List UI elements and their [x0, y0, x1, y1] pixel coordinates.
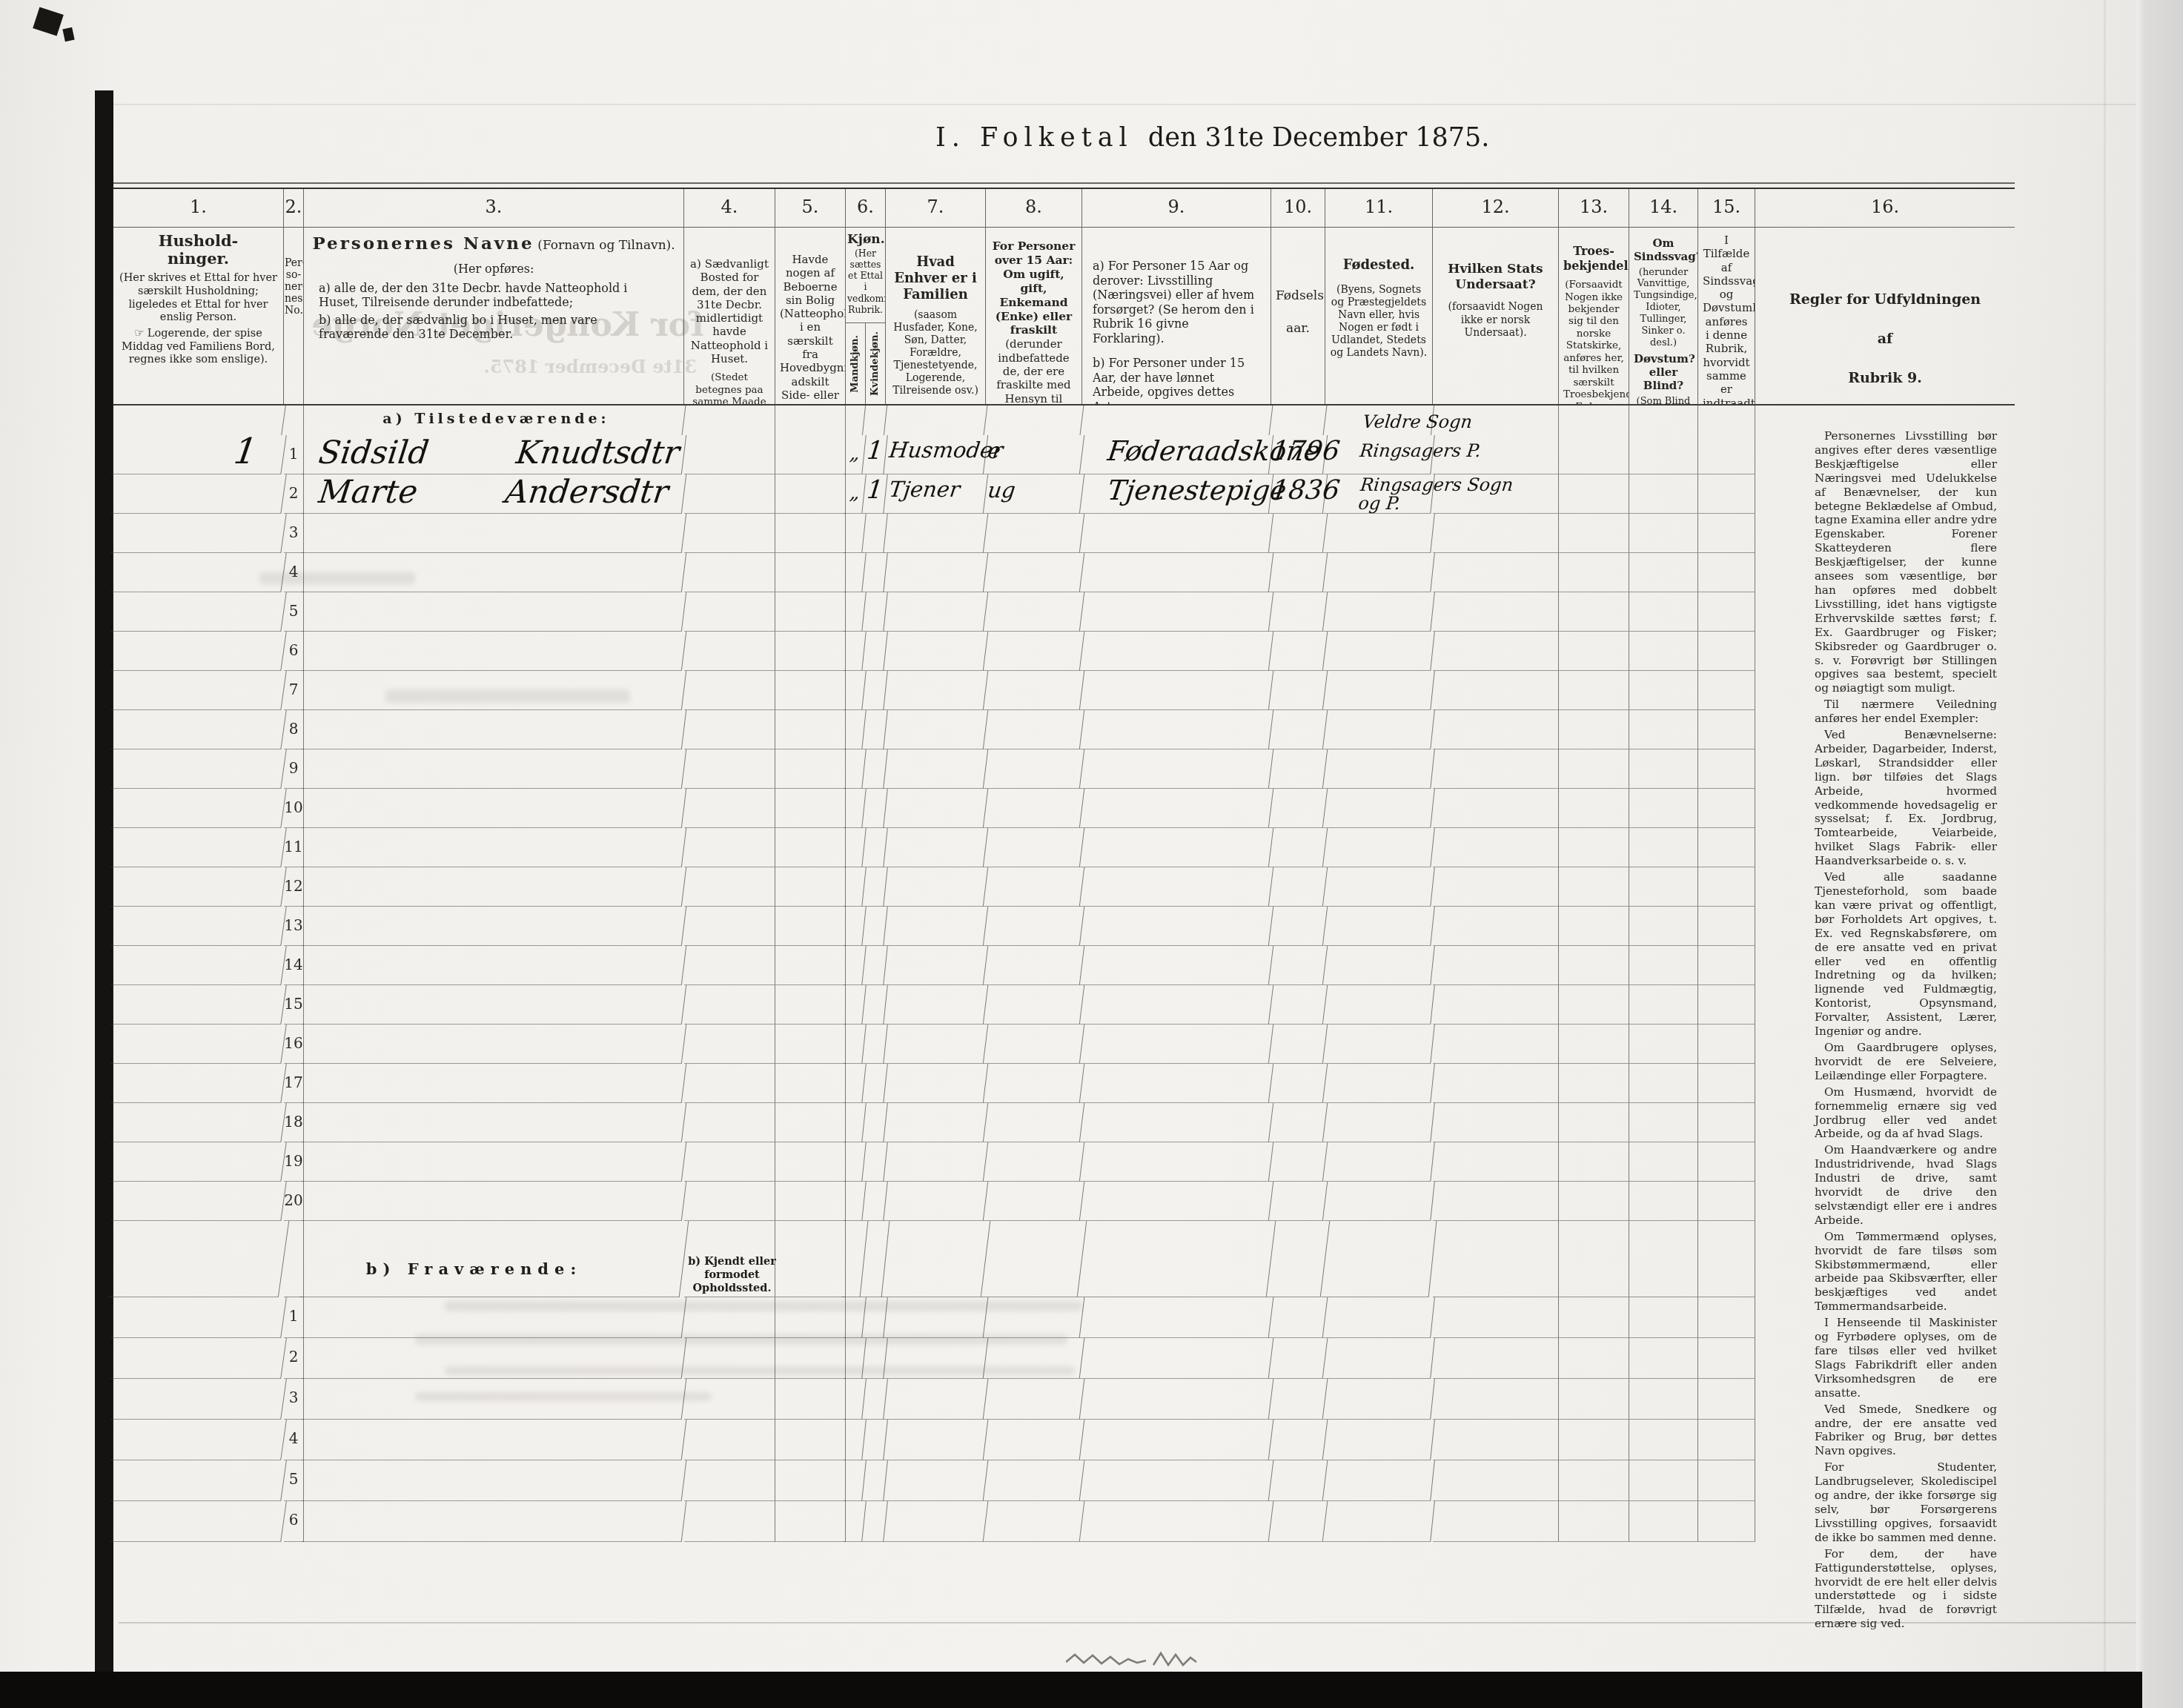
cell-occupation [1080, 789, 1274, 828]
cell-sidebygning [775, 1142, 846, 1182]
col-header-person-no: Per- so- ner- nes No. [284, 228, 304, 404]
cell-household [110, 789, 286, 828]
cell-family [884, 1460, 989, 1501]
cell-family [881, 1221, 991, 1297]
cell-stat [1433, 592, 1559, 632]
cell-female [863, 406, 887, 435]
cell-tilfaelde [1698, 592, 1755, 632]
cell-status: ug [984, 474, 1085, 514]
cell-status [984, 406, 1084, 435]
cell-bosted [684, 1103, 775, 1142]
cell-birthplace [1323, 1064, 1435, 1103]
cell-born [1269, 1297, 1328, 1338]
cell-sidebygning [775, 1297, 846, 1338]
cell-bosted [684, 946, 775, 985]
col-header-rules: Regler for Udfyldningen af Rubrik 9. [1755, 228, 2015, 404]
cell-name [302, 1501, 687, 1542]
table-row: 18 [113, 1103, 2015, 1142]
cell-sinds [1629, 474, 1698, 514]
col-number-9: 9. [1082, 189, 1271, 228]
cell-name [302, 828, 687, 867]
cell-occupation [1080, 1379, 1274, 1420]
cell-sidebygning [775, 553, 846, 592]
cell-status [984, 1025, 1085, 1064]
cell-occupation [1080, 632, 1274, 671]
cell-tilfaelde [1698, 867, 1755, 907]
cell-birthplace [1323, 592, 1435, 632]
cell-family: Husmoder [884, 435, 989, 474]
cell-household [110, 710, 286, 749]
cell-status [984, 671, 1085, 710]
cell-family [884, 828, 989, 867]
cell-household [110, 749, 286, 789]
cell-tilfaelde [1698, 710, 1755, 749]
cell-status [984, 867, 1085, 907]
cell-family [884, 406, 988, 435]
cell-tilfaelde [1698, 1338, 1755, 1379]
cell-birthplace [1323, 907, 1435, 946]
scan-edge-left [95, 90, 113, 1672]
cell-household [110, 867, 286, 907]
cell-birthplace: Ringsagers Sognog P. [1323, 474, 1435, 514]
cell-born [1269, 1460, 1328, 1501]
col-header-family-position: Hvad Enhver er i Familien (saasom Husfad… [886, 228, 986, 404]
cell-born [1269, 671, 1328, 710]
cell-no: 6 [284, 632, 304, 671]
cell-sinds [1629, 1064, 1698, 1103]
cell-sidebygning [775, 671, 846, 710]
cell-status [981, 1221, 1087, 1297]
cell-family [884, 671, 989, 710]
cell-household [110, 592, 286, 632]
page-title-date: den 31te December 1875. [1148, 123, 1490, 153]
cell-birthplace: Veldre SognRingsagers P. [1323, 435, 1435, 474]
rules-paragraph: For dem, der have Fattigunderstøttelse, … [1815, 1547, 1997, 1631]
cell-occupation [1080, 1338, 1274, 1379]
cell-status: e [984, 435, 1085, 474]
cell-sidebygning [775, 1379, 846, 1420]
cell-family [884, 1142, 989, 1182]
rules-paragraph: Om Husmænd, hvorvidt de fornemmelig ernæ… [1815, 1085, 1997, 1142]
cell-status [984, 789, 1085, 828]
cell-born [1269, 867, 1328, 907]
cell-tilfaelde [1698, 985, 1755, 1025]
cell-household [110, 985, 286, 1025]
cell-troes [1559, 1338, 1629, 1379]
col-number-2: 2. [284, 189, 304, 228]
cell-family [884, 1025, 989, 1064]
cell-no: 15 [284, 985, 304, 1025]
cell-household [110, 1460, 287, 1501]
rules-paragraph: Ved Smede, Snedkere og andre, der ere an… [1815, 1403, 1997, 1459]
col-header-male: Mandkjøn. [846, 323, 865, 404]
cell-sinds [1629, 1379, 1698, 1420]
cell-bosted [684, 1025, 775, 1064]
cell-household [110, 946, 286, 985]
cell-sinds [1629, 406, 1698, 435]
col-number-12: 12. [1433, 189, 1559, 228]
table-row: 5 [113, 592, 2015, 632]
cell-bosted [684, 1460, 775, 1501]
cell-stat [1433, 1025, 1559, 1064]
cell-sidebygning [775, 985, 846, 1025]
table-row: 4 [113, 1420, 2015, 1460]
cell-bosted [684, 907, 775, 946]
cell-occupation [1080, 907, 1274, 946]
cell-tilfaelde [1698, 671, 1755, 710]
cell-family [884, 907, 989, 946]
cell-born [1269, 1142, 1328, 1182]
cell-troes [1559, 749, 1629, 789]
cell-birthplace [1323, 553, 1435, 592]
cell-household [110, 474, 286, 514]
section-b-bar: b) Fraværende: b) Kjendt eller formodet … [113, 1221, 2015, 1297]
rows-present: 11Sidsild Knudtsdtr„1HusmodereFøderaadsk… [113, 435, 2015, 1221]
cell-stat [1433, 1297, 1559, 1338]
cell-family [884, 553, 989, 592]
cell-born [1269, 592, 1328, 632]
col-header-citizenship: Hvilken Stats Undersaat? (forsaavidt Nog… [1433, 228, 1559, 404]
cell-sinds [1629, 867, 1698, 907]
cell-sidebygning [775, 710, 846, 749]
cell-bosted [684, 867, 775, 907]
cell-family [884, 749, 989, 789]
cell-sinds [1629, 435, 1698, 474]
table-row: 5 [113, 1460, 2015, 1501]
cell-name [302, 1460, 687, 1501]
cell-household [110, 1379, 287, 1420]
table-row: 17 [113, 1064, 2015, 1103]
cell-bosted [684, 553, 775, 592]
cell-status [984, 828, 1085, 867]
cell-troes [1559, 907, 1629, 946]
cell-birthplace [1323, 1420, 1435, 1460]
cell-birthplace [1323, 749, 1435, 789]
cell-bosted [684, 592, 775, 632]
cell-tilfaelde [1698, 435, 1755, 474]
cell-sidebygning [775, 1501, 846, 1542]
cell-bosted [684, 1297, 775, 1338]
page-title-roman: I. Folketal [935, 123, 1133, 153]
cell-family [884, 789, 989, 828]
cell-family [884, 1501, 989, 1542]
cell-bosted [684, 1142, 775, 1182]
cell-occupation [1080, 671, 1274, 710]
cell-born [1269, 907, 1328, 946]
paper-crease [2104, 0, 2106, 1673]
cell-born [1269, 1420, 1328, 1460]
cell-birthplace [1323, 632, 1435, 671]
col-number-11: 11. [1325, 189, 1433, 228]
cell-sinds [1629, 710, 1698, 749]
cell-household [110, 632, 286, 671]
cell-family [884, 946, 989, 985]
cell-sidebygning [775, 1420, 846, 1460]
cell-stat [1433, 1460, 1559, 1501]
rules-paragraph: Ved Benævnelserne: Arbeider, Dagarbeider… [1815, 728, 1997, 868]
cell-birthplace [1323, 1142, 1435, 1182]
cell-sinds [1629, 1221, 1698, 1297]
cell-status [984, 1460, 1085, 1501]
cell-family [884, 710, 989, 749]
cell-no: 19 [284, 1142, 304, 1182]
table-header: 1. 2. 3. 4. 5. 6. 7. 8. 9. 10. 11. 12. 1… [113, 188, 2015, 406]
col-header-households: Hushold- ninger. (Her skrives et Ettal f… [113, 228, 284, 404]
cell-stat [1433, 789, 1559, 828]
census-table: 1. 2. 3. 4. 5. 6. 7. 8. 9. 10. 11. 12. 1… [113, 188, 2015, 1542]
col-number-3: 3. [304, 189, 684, 228]
cell-bosted [684, 435, 775, 474]
scan-page: for Kongeriget Norge 31te December 1875.… [0, 0, 2183, 1708]
cell-tilfaelde [1698, 1182, 1755, 1221]
rules-column-text: Personernes Livsstilling bør angives eft… [1815, 429, 1997, 1633]
cell-name [302, 1338, 687, 1379]
table-row: 20 [113, 1182, 2015, 1221]
cell-status [984, 1103, 1085, 1142]
cell-stat [1433, 946, 1559, 985]
table-row: 13 [113, 907, 2015, 946]
cell-name [302, 867, 687, 907]
cell-status [984, 1379, 1085, 1420]
cell-sidebygning [775, 1460, 846, 1501]
cell-household [110, 671, 286, 710]
col-number-15: 15. [1698, 189, 1755, 228]
cell-stat [1433, 749, 1559, 789]
cell-no: 1 [284, 1297, 304, 1338]
cell-no: 5 [284, 1460, 304, 1501]
cell-born [1270, 406, 1328, 435]
cell-sidebygning [775, 474, 846, 514]
cell-born [1269, 553, 1328, 592]
cell-occupation [1080, 1297, 1274, 1338]
cell-no: 10 [284, 789, 304, 828]
col-header-marital-status: For Personer over 15 Aar: Om ugift, gift… [986, 228, 1082, 404]
cell-troes [1559, 1064, 1629, 1103]
cell-birthplace [1323, 867, 1435, 907]
cell-household [110, 1025, 286, 1064]
rules-paragraph: Ved alle saadanne Tjenesteforhold, som b… [1815, 870, 1997, 1039]
cell-stat [1433, 1064, 1559, 1103]
cell-stat [1433, 907, 1559, 946]
col-number-4: 4. [684, 189, 775, 228]
cell-sidebygning [775, 435, 846, 474]
table-row: 15 [113, 985, 2015, 1025]
cell-bosted [684, 671, 775, 710]
table-row: 8 [113, 710, 2015, 749]
cell-bosted [684, 1379, 775, 1420]
col-number-10: 10. [1271, 189, 1325, 228]
table-row: 11 [113, 828, 2015, 867]
cell-bosted [684, 1182, 775, 1221]
cell-born [1269, 1103, 1328, 1142]
cell-family [884, 1103, 989, 1142]
cell-status [984, 1338, 1085, 1379]
cell-troes [1559, 1142, 1629, 1182]
cell-occupation [1080, 710, 1274, 749]
cell-occupation [1080, 592, 1274, 632]
cell-troes [1559, 1103, 1629, 1142]
cell-status [984, 985, 1085, 1025]
col-header-sex: Kjøn. (Her sættes et Ettal i vedkommende… [846, 228, 886, 404]
cell-stat [1433, 985, 1559, 1025]
cell-occupation [1080, 749, 1274, 789]
cell-sinds [1629, 1460, 1698, 1501]
cell-status [984, 514, 1085, 553]
cell-birthplace [1323, 1379, 1435, 1420]
cell-occupation [1080, 1182, 1274, 1221]
cell-sidebygning [775, 592, 846, 632]
cell-birthplace [1322, 1221, 1437, 1297]
cell-troes [1559, 1501, 1629, 1542]
cell-no: 12 [284, 867, 304, 907]
cell-household [110, 1142, 286, 1182]
cell-household [110, 907, 286, 946]
cell-family [884, 592, 989, 632]
cell-born [1269, 1064, 1328, 1103]
cell-sinds [1629, 749, 1698, 789]
cell-status [984, 592, 1085, 632]
cell-birthplace [1323, 514, 1435, 553]
cell-born [1269, 1025, 1328, 1064]
table-row: 11Sidsild Knudtsdtr„1HusmodereFøderaadsk… [113, 435, 2015, 474]
pencil-squiggle-icon [1066, 1649, 1251, 1672]
cell-troes [1559, 474, 1629, 514]
cell-sidebygning [775, 946, 846, 985]
cell-stat [1433, 828, 1559, 867]
cell-name [302, 1297, 687, 1338]
cell-sinds [1629, 553, 1698, 592]
cell-bosted [684, 710, 775, 749]
cell-troes [1559, 1379, 1629, 1420]
cell-tilfaelde [1698, 907, 1755, 946]
cell-sidebygning [775, 867, 846, 907]
cell-name [302, 514, 687, 553]
table-row: 12 [113, 867, 2015, 907]
cell-status [984, 907, 1085, 946]
cell-birthplace [1323, 1501, 1435, 1542]
cell-born [1269, 1182, 1328, 1221]
cell-family [884, 1064, 989, 1103]
cell-name [302, 1182, 687, 1221]
cell-no: 13 [284, 907, 304, 946]
cell-name [302, 553, 687, 592]
cell-sidebygning [775, 632, 846, 671]
cell-sinds [1629, 946, 1698, 985]
cell-stat [1433, 710, 1559, 749]
cell-troes [1559, 710, 1629, 749]
table-row: 2 [113, 1338, 2015, 1379]
rules-paragraph: Om Haandværkere og andre Industridrivend… [1815, 1143, 1997, 1227]
cell-household: 1 [110, 435, 286, 474]
cell-birthplace [1323, 1338, 1435, 1379]
cell-born [1269, 1501, 1328, 1542]
table-row: 6 [113, 1501, 2015, 1542]
cell-troes [1559, 1221, 1629, 1297]
cell-sidebygning [775, 749, 846, 789]
cell-name: Marte Andersdtr [302, 474, 687, 514]
cell-household [110, 1182, 286, 1221]
cell-name [302, 789, 687, 828]
cell-no: 16 [284, 1025, 304, 1064]
cell-born [1269, 1338, 1328, 1379]
cell-no [284, 406, 304, 435]
cell-stat [1433, 553, 1559, 592]
cell-name [302, 1379, 687, 1420]
cell-sinds [1629, 1025, 1698, 1064]
cell-born [1269, 1379, 1328, 1420]
cell-birthplace [1323, 710, 1435, 749]
cell-bosted [684, 828, 775, 867]
cell-family [884, 985, 989, 1025]
cell-no: 20 [284, 1182, 304, 1221]
cell-tilfaelde [1698, 1103, 1755, 1142]
cell-sinds [1629, 1103, 1698, 1142]
col-header-names: Personernes Navne (Fornavn og Tilnavn). … [304, 228, 684, 404]
cell-bosted [684, 1064, 775, 1103]
cell-name [302, 406, 686, 435]
cell-family [884, 632, 989, 671]
cell-status [984, 1182, 1085, 1221]
cell-family [884, 1297, 989, 1338]
cell-occupation [1080, 1142, 1274, 1182]
col-number-1: 1. [113, 189, 284, 228]
cell-bosted [684, 632, 775, 671]
cell-tilfaelde [1698, 828, 1755, 867]
cell-status [984, 710, 1085, 749]
cell-born [1269, 749, 1328, 789]
cell-family [884, 514, 989, 553]
cell-tilfaelde [1698, 553, 1755, 592]
cell-occupation: Føderaadskone [1080, 435, 1274, 474]
cell-birthplace [1323, 1297, 1435, 1338]
cell-birthplace [1323, 671, 1435, 710]
cell-status [984, 1501, 1085, 1542]
cell-born [1269, 710, 1328, 749]
cell-no: 18 [284, 1103, 304, 1142]
cell-occupation [1080, 1064, 1274, 1103]
cell-status [984, 749, 1085, 789]
cell-stat [1433, 1221, 1559, 1297]
cell-occupation [1080, 1103, 1274, 1142]
col-header-usual-residence: a) Sædvanligt Bosted for dem, der den 31… [684, 228, 775, 404]
cell-tilfaelde [1698, 1420, 1755, 1460]
cell-sidebygning [775, 828, 846, 867]
cell-family [884, 1420, 989, 1460]
cell-status [984, 946, 1085, 985]
cell-bosted [684, 514, 775, 553]
cell-sinds [1629, 632, 1698, 671]
cell-occupation [1078, 1221, 1276, 1297]
cell-household [108, 1221, 289, 1297]
cell-stat [1433, 1379, 1559, 1420]
cell-bosted [684, 789, 775, 828]
cell-tilfaelde [1698, 514, 1755, 553]
cell-troes [1559, 435, 1629, 474]
cell-tilfaelde [1698, 406, 1755, 435]
cell-occupation [1080, 1420, 1274, 1460]
table-row: 14 [113, 946, 2015, 985]
cell-troes [1559, 1420, 1629, 1460]
cell-status [984, 553, 1085, 592]
cell-stat [1433, 632, 1559, 671]
cell-sidebygning [775, 1338, 846, 1379]
cell-occupation [1080, 828, 1274, 867]
col-number-16: 16. [1755, 189, 2015, 228]
cell-bosted [684, 1501, 775, 1542]
cell-troes [1559, 632, 1629, 671]
cell-born [1269, 514, 1328, 553]
paper-crease [111, 104, 2136, 105]
